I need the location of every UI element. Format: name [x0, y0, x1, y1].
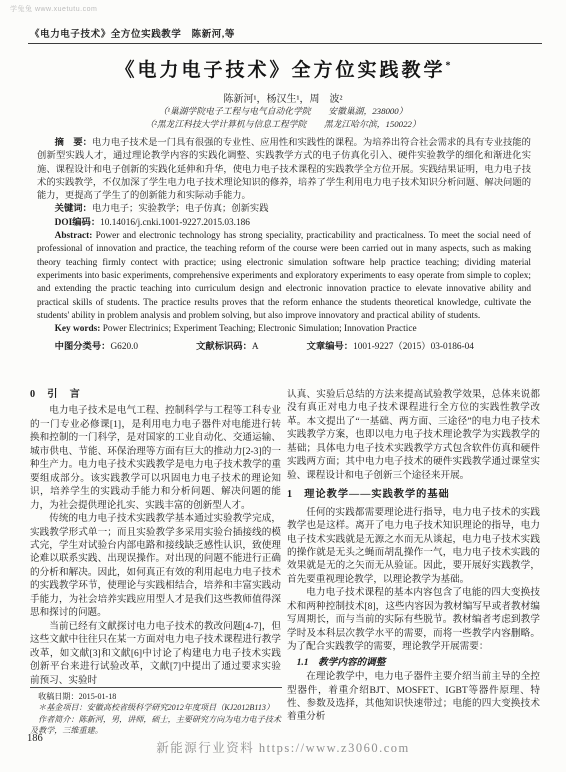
- footnote-fund-project: ＊基金项目：安徽高校省级科学研究2012年度项目（KJ2012B113）: [30, 702, 282, 713]
- abstract-en: Abstract: Power and electronic technolog…: [37, 230, 531, 323]
- abstract-en-text: Power and electronic technology has stro…: [37, 231, 531, 321]
- abstract-en-label: Abstract:: [55, 231, 93, 241]
- article-id-label: 文章编号：: [307, 342, 354, 352]
- abstract-cn-text: 电力电子技术是一门具有很强的专业性、应用性和实践性的课程。为培养出符合社会需求的…: [37, 138, 531, 201]
- title-footnote-marker: *: [446, 61, 451, 72]
- left-paragraph-3: 当前已经有文献探讨电力电子技术的教改问题[4-7]，但这些文献中往往只在某一方面…: [30, 620, 281, 686]
- authors-line: 陈新河¹，杨汉生¹，周 波²: [0, 90, 566, 105]
- document-code-value: A: [252, 342, 259, 352]
- left-paragraph-2: 传统的电力电子技术实践教学基本通过实验教学完成，实践教学形式单一；而且实验教学多…: [30, 512, 281, 620]
- footnote-received-date: 收稿日期：2015-01-18: [30, 691, 282, 702]
- article-id-value: 1001-9227（2015）03-0186-04: [353, 342, 474, 352]
- left-column: 0 引 言 电力电子技术是电气工程、控制科学与工程等工科专业的一门专业必修课[1…: [30, 388, 281, 686]
- keywords-en-text: Power Electrinics; Experiment Teaching; …: [103, 324, 417, 334]
- paper-page: 学兔兔 www.xuetutu.com 《电力电子技术》全方位实践教学 陈新河,…: [0, 0, 566, 772]
- right-paragraph-1: 认真、实验后总结的方法来提高试验教学效果，总体来说都没有真正对电力电子技术课程进…: [287, 388, 540, 482]
- doi-line: DOI编码：10.14016/j.cnki.1001-9227.2015.03.…: [37, 217, 531, 230]
- clc-label: 中图分类号：: [55, 342, 111, 352]
- clc-number: 中图分类号：G620.0: [55, 341, 138, 354]
- keywords-cn-text: 电力电子；实验教学；电子仿真；创新实践: [92, 204, 269, 214]
- affiliation-2: （²黑龙江科技大学计算机与信息工程学院 黑龙江哈尔滨，150022）: [0, 117, 566, 130]
- footnote-author-bio: 作者简介：陈新河，男，讲师，硕士，主要研究方向为电力电子技术及教学，三维重建。: [30, 714, 282, 737]
- header-rule: [28, 43, 542, 44]
- abstract-cn-label: 摘 要：: [55, 138, 92, 148]
- watermark-top: 学兔兔 www.xuetutu.com: [10, 4, 97, 14]
- section-0-heading: 0 引 言: [30, 388, 281, 401]
- keywords-en: Key words: Power Electrinics; Experiment…: [37, 323, 531, 336]
- running-title: 《电力电子技术》全方位实践教学 陈新河,等: [30, 30, 235, 40]
- right-paragraph-2: 任何的实践都需要理论进行指导，电力电子技术的实践教学也是这样。离开了电力电子技术…: [287, 506, 540, 587]
- right-paragraph-3: 电力电子技术课程的基本内容包含了电能的四大变换技术和两种控制技术[8]，这些内容…: [287, 586, 540, 653]
- left-paragraph-1: 电力电子技术是电气工程、控制科学与工程等工科专业的一门专业必修课[1]，是利用电…: [30, 404, 281, 512]
- document-code-label: 文献标识码：: [196, 342, 252, 352]
- footnote-block: 收稿日期：2015-01-18 ＊基金项目：安徽高校省级科学研究2012年度项目…: [30, 687, 282, 736]
- abstract-cn: 摘 要：电力电子技术是一门具有很强的专业性、应用性和实践性的课程。为培养出符合社…: [37, 137, 531, 203]
- doi-value: 10.14016/j.cnki.1001-9227.2015.03.186: [100, 218, 250, 228]
- article-id: 文章编号：1001-9227（2015）03-0186-04: [307, 341, 474, 354]
- running-header: 《电力电子技术》全方位实践教学 陈新河,等: [30, 26, 235, 40]
- right-column: 认真、实验后总结的方法来提高试验教学效果，总体来说都没有真正对电力电子技术课程进…: [287, 388, 540, 738]
- front-matter: 摘 要：电力电子技术是一门具有很强的专业性、应用性和实践性的课程。为培养出符合社…: [37, 137, 531, 355]
- doi-label: DOI编码：: [55, 218, 100, 228]
- keywords-en-label: Key words:: [55, 324, 101, 334]
- document-code: 文献标识码：A: [196, 341, 259, 354]
- paper-title: 《电力电子技术》全方位实践教学*: [0, 55, 566, 82]
- section-1-1-heading: 1.1 教学内容的调整: [287, 656, 540, 669]
- classification-line: 中图分类号：G620.0 文献标识码：A 文章编号：1001-9227（2015…: [37, 341, 531, 354]
- keywords-cn-label: 关键词：: [55, 204, 92, 214]
- right-paragraph-4: 在理论教学中，电力电子器件主要介绍当前主导的全控型器件，着重介绍BJT、MOSF…: [287, 670, 540, 724]
- watermark-bottom: 新能源行业资料 https://www.z3060.com: [0, 738, 566, 756]
- paper-title-text: 《电力电子技术》全方位实践教学: [115, 60, 445, 81]
- clc-value: G620.0: [110, 342, 138, 352]
- keywords-cn: 关键词：电力电子；实验教学；电子仿真；创新实践: [37, 203, 531, 216]
- affiliation-1: （¹巢湖学院电子工程与电气自动化学院 安徽巢湖，238000）: [0, 104, 566, 117]
- section-1-heading: 1 理论教学——实践教学的基础: [287, 488, 540, 501]
- footnote-rule: [30, 687, 282, 688]
